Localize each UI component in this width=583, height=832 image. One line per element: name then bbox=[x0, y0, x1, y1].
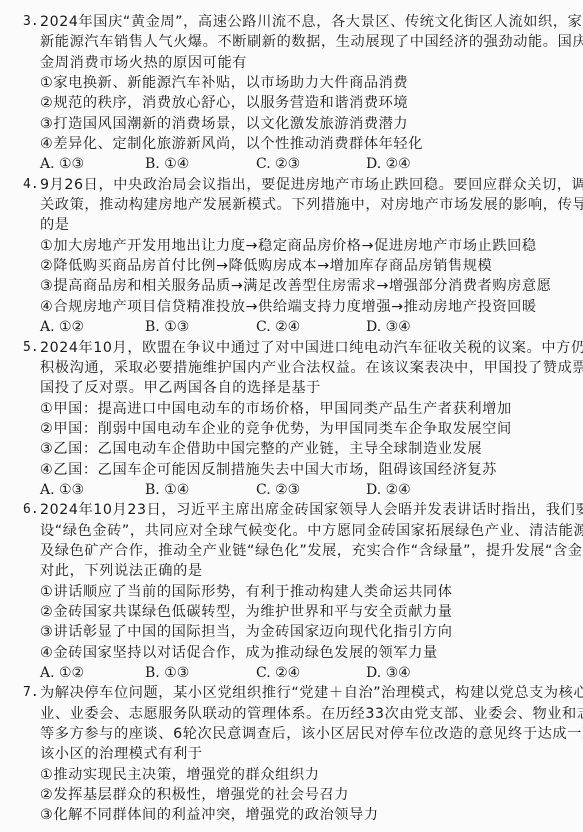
option-c[interactable]: C. ②④ bbox=[256, 317, 300, 337]
question-stem-line: 新能源汽车销售人气火爆。不断刷新的数据，生动展现了中国经济的强劲动能。国庆黄 bbox=[0, 32, 583, 52]
option-d[interactable]: D. ③④ bbox=[366, 317, 411, 337]
statement-item: ①家电换新、新能源汽车补贴，以市场助力大件商品消费 bbox=[0, 73, 583, 93]
question-stem-line: 7.为解决停车位问题，某小区党组织推行“党建＋自治”治理模式，构建以党总支为核心… bbox=[0, 683, 583, 703]
question-stem-line: 金周消费市场火热的原因可能有 bbox=[0, 53, 583, 73]
option-c[interactable]: C. ②④ bbox=[256, 663, 300, 683]
option-a[interactable]: A. ①③ bbox=[40, 480, 84, 500]
statement-item: ①推动实现民主决策，增强党的群众组织力 bbox=[0, 765, 583, 785]
statement-item: ④乙国：乙国车企可能因反制措施失去中国大市场，阻碍该国经济复苏 bbox=[0, 460, 583, 480]
answer-options: A. ①③ B. ①④ C. ②③ D. ②④ bbox=[0, 154, 583, 174]
option-c[interactable]: C. ②③ bbox=[256, 154, 300, 174]
option-d[interactable]: D. ③④ bbox=[366, 663, 411, 683]
option-b[interactable]: B. ①③ bbox=[145, 317, 189, 337]
statement-item: ②发挥基层群众的积极性，增强党的社会号召力 bbox=[0, 785, 583, 805]
question-stem-line: 关政策，推动构建房地产发展新模式。下列措施中，对房地产市场发展的影响，传导正确 bbox=[0, 195, 583, 215]
question-stem-line: 国投了反对票。甲乙两国各自的选择是基于 bbox=[0, 378, 583, 398]
option-a[interactable]: A. ①③ bbox=[40, 154, 84, 174]
statement-item: ③乙国：乙国电动车企借助中国完整的产业链，主导全球制造业发展 bbox=[0, 439, 583, 459]
question-stem-line: 对此，下列说法正确的是 bbox=[0, 561, 583, 581]
option-b[interactable]: B. ①③ bbox=[145, 663, 189, 683]
question-number: 6. bbox=[23, 500, 39, 520]
question-stem-line: 及绿色矿产合作，推动全产业链“绿色化”发展，充实合作“含绿量”，提升发展“含金量… bbox=[0, 541, 583, 561]
statement-item: ③化解不同群体间的利益冲突，增强党的政治领导力 bbox=[0, 805, 583, 825]
answer-options: A. ①② B. ①③ C. ②④ D. ③④ bbox=[0, 317, 583, 337]
question-number: 5. bbox=[23, 338, 39, 358]
statement-item: ③打造国风国潮新的消费场景，以文化激发旅游消费潜力 bbox=[0, 114, 583, 134]
question-5: 5.2024年10月，欧盟在争议中通过了对中国进口纯电动汽车征收关税的议案。中方… bbox=[0, 338, 583, 501]
question-stem-line: 业、业委会、志愿服务队联动的管理体系。在历经33次由党支部、业委会、物业和志愿者 bbox=[0, 704, 583, 724]
question-6: 6.2024年10月23日，习近平主席出席金砖国家领导人会晤并发表讲话时指出，我… bbox=[0, 500, 583, 683]
option-c[interactable]: C. ②③ bbox=[256, 480, 300, 500]
option-a[interactable]: A. ①② bbox=[40, 317, 84, 337]
option-d[interactable]: D. ②④ bbox=[366, 480, 411, 500]
question-stem-line: 5.2024年10月，欧盟在争议中通过了对中国进口纯电动汽车征收关税的议案。中方… bbox=[0, 338, 583, 358]
question-stem-line: 等多方参与的座谈、6轮次民意调查后，该小区居民对停车位改造的意见终于达成一致。 bbox=[0, 724, 583, 744]
statement-item: ③提高商品房和相关服务品质→满足改善型住房需求→增强部分消费者购房意愿 bbox=[0, 276, 583, 296]
answer-options: A. ①③ B. ①④ C. ②③ D. ②④ bbox=[0, 480, 583, 500]
question-4: 4.9月26日，中央政治局会议指出，要促进房地产市场止跌回稳。要回应群众关切，调… bbox=[0, 175, 583, 338]
statement-item: ②降低购买商品房首付比例→降低购房成本→增加库存商品房销售规模 bbox=[0, 256, 583, 276]
option-b[interactable]: B. ①④ bbox=[145, 480, 189, 500]
question-number: 3. bbox=[23, 12, 39, 32]
question-stem-line: 6.2024年10月23日，习近平主席出席金砖国家领导人会晤并发表讲话时指出，我… bbox=[0, 500, 583, 520]
question-3: 3.2024年国庆“黄金周”，高速公路川流不息，各大景区、传统文化街区人流如织，… bbox=[0, 12, 583, 175]
statement-item: ③讲话彰显了中国的国际担当，为金砖国家迈向现代化指引方向 bbox=[0, 622, 583, 642]
question-stem-line: 积极沟通，采取必要措施维护国内产业合法权益。在该议案表决中，甲国投了赞成票，乙 bbox=[0, 358, 583, 378]
question-number: 7. bbox=[23, 683, 39, 703]
statement-item: ①加大房地产开发用地出让力度→稳定商品房价格→促进房地产市场止跌回稳 bbox=[0, 236, 583, 256]
option-b[interactable]: B. ①④ bbox=[145, 154, 189, 174]
question-7: 7.为解决停车位问题，某小区党组织推行“党建＋自治”治理模式，构建以党总支为核心… bbox=[0, 683, 583, 825]
question-stem-line: 3.2024年国庆“黄金周”，高速公路川流不息，各大景区、传统文化街区人流如织，… bbox=[0, 12, 583, 32]
answer-options: A. ①② B. ①③ C. ②④ D. ③④ bbox=[0, 663, 583, 683]
statement-item: ①讲话顺应了当前的国际形势，有利于推动构建人类命运共同体 bbox=[0, 582, 583, 602]
question-stem-line: 该小区的治理模式有利于 bbox=[0, 744, 583, 764]
option-a[interactable]: A. ①② bbox=[40, 663, 84, 683]
statement-item: ④合规房地产项目信贷精准投放→供给端支持力度增强→推动房地产投资回暖 bbox=[0, 297, 583, 317]
statement-item: ②甲国：削弱中国电动车企业的竞争优势，为甲国同类车企争取发展空间 bbox=[0, 419, 583, 439]
statement-item: ②金砖国家共谋绿色低碳转型，为维护世界和平与安全贡献力量 bbox=[0, 602, 583, 622]
statement-item: ④金砖国家坚持以对话促合作，成为推动绿色发展的领军力量 bbox=[0, 643, 583, 663]
question-stem-line: 的是 bbox=[0, 215, 583, 235]
question-stem-line: 4.9月26日，中央政治局会议指出，要促进房地产市场止跌回稳。要回应群众关切，调… bbox=[0, 175, 583, 195]
question-number: 4. bbox=[23, 175, 39, 195]
option-d[interactable]: D. ②④ bbox=[366, 154, 411, 174]
question-stem-line: 设“绿色金砖”，共同应对全球气候变化。中方愿同金砖国家拓展绿色产业、清洁能源以 bbox=[0, 521, 583, 541]
exam-page: 3.2024年国庆“黄金周”，高速公路川流不息，各大景区、传统文化街区人流如织，… bbox=[0, 12, 583, 826]
statement-item: ④差异化、定制化旅游新风尚，以个性推动消费群体年轻化 bbox=[0, 134, 583, 154]
statement-item: ②规范的秩序，消费放心舒心，以服务营造和谐消费环境 bbox=[0, 93, 583, 113]
statement-item: ①甲国：提高进口中国电动车的市场价格，甲国同类产品生产者获利增加 bbox=[0, 399, 583, 419]
